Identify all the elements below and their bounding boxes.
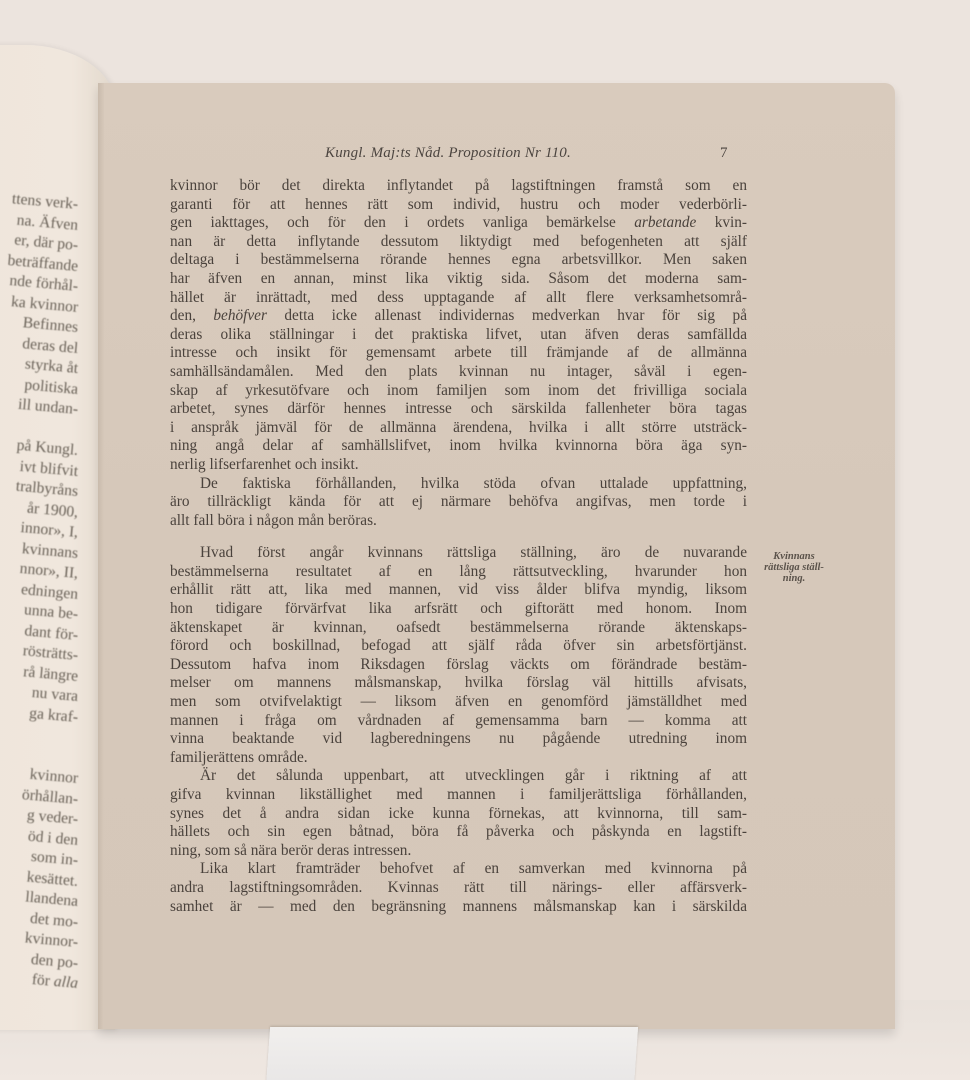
text-line: melser om mannens målsmanskap, hvilka fö…: [170, 674, 747, 693]
text-line: vinna beaktande vid lagberedningens nu p…: [170, 730, 747, 749]
text-line: hället är inrättadt, med dess upptagande…: [170, 289, 747, 308]
page-edge: [98, 83, 104, 1029]
text-line: gen iakttages, och för den i ordets vanl…: [170, 214, 747, 233]
page-number: 7: [720, 145, 728, 162]
paragraph: De faktiska förhållanden, hvilka stöda o…: [170, 475, 747, 531]
text-line: hällets och sin egen båtnad, böra få påv…: [170, 823, 747, 842]
text-line: förord och boskillnad, befogad att själf…: [170, 637, 747, 656]
text-line: familjerättens område.: [170, 749, 747, 768]
margin-note: Kvinnans rättsliga ställ- ning.: [754, 551, 834, 584]
text-line: mannen i fråga om vårdnaden af gemensamm…: [170, 712, 747, 731]
text-line: bestämmelserna resultatet af en lång rät…: [170, 563, 747, 582]
margin-note-line: rättsliga ställ-: [754, 562, 834, 573]
text-line: men som otvifvelaktigt — liksom äfven en…: [170, 693, 747, 712]
text-line: gifva kvinnan likställighet med mannen i…: [170, 786, 747, 805]
text-line: intresse och insikt för gemensamt arbete…: [170, 344, 747, 363]
text-line: nan är detta inflytande dessutom liktydi…: [170, 233, 747, 252]
text-line: Lika klart framträder behofvet af en sam…: [170, 860, 747, 879]
text-line: nerlig lifserfarenhet och insikt.: [170, 456, 747, 475]
text-line: arbetet, synes därför hennes intresse oc…: [170, 400, 747, 419]
text-line: äktenskapet är kvinnan, oafsedt bestämme…: [170, 619, 747, 638]
body-text: kvinnor bör det direkta inflytandet på l…: [170, 177, 747, 916]
text-line: erhållit rätt att, lika med mannen, vid …: [170, 581, 747, 600]
text-line: ning, som så nära berör deras intressen.: [170, 842, 747, 861]
running-head-title: Kungl. Maj:ts Nåd. Proposition Nr 110.: [325, 145, 571, 162]
paragraph: Hvad först angår kvinnans rättsliga stäl…: [170, 544, 747, 767]
text-line: skap af yrkesutöfvare och inom familjen …: [170, 382, 747, 401]
text-line: garanti för att hennes rätt som individ,…: [170, 196, 747, 215]
paragraph-gap: [170, 530, 747, 544]
paragraph: Är det sålunda uppenbart, att utveckling…: [170, 767, 747, 860]
paragraph: Lika klart framträder behofvet af en sam…: [170, 860, 747, 916]
margin-note-line: ning.: [754, 573, 834, 584]
text-line: har äfven en annan, minst lika viktig si…: [170, 270, 747, 289]
text-line: den, behöfver detta icke allenast indivi…: [170, 307, 747, 326]
text-line: allt fall böra i någon mån beröras.: [170, 512, 747, 531]
text-line: De faktiska förhållanden, hvilka stöda o…: [170, 475, 747, 494]
text-line: i anspråk jämväl för de allmänna ärenden…: [170, 419, 747, 438]
text-line: Hvad först angår kvinnans rättsliga stäl…: [170, 544, 747, 563]
text-line: synes det å andra sidan icke kunna förne…: [170, 805, 747, 824]
text-line: äro tillräckligt kända för att ej närmar…: [170, 493, 747, 512]
text-line: Dessutom hafva inom Riksdagen förslag vä…: [170, 656, 747, 675]
paragraph: kvinnor bör det direkta inflytandet på l…: [170, 177, 747, 475]
margin-note-line: Kvinnans: [754, 551, 834, 562]
left-page-text: ttens verk-na. Äfvener, där po-beträffan…: [0, 195, 78, 995]
text-line: hon tidigare förvärfvat lika arfsrätt oc…: [170, 600, 747, 619]
text-line: deras olika ställningar i det praktiska …: [170, 326, 747, 345]
text-line: Är det sålunda uppenbart, att utveckling…: [170, 767, 747, 786]
paper-slip: [266, 1027, 638, 1080]
text-line: kvinnor bör det direkta inflytandet på l…: [170, 177, 747, 196]
text-line: samhet är — med den begränsning mannens …: [170, 898, 747, 917]
running-head: Kungl. Maj:ts Nåd. Proposition Nr 110. 7: [160, 145, 760, 167]
text-line: samhällsändamålen. Med den plats kvinnan…: [170, 363, 747, 382]
text-line: andra lagstiftningsområden. Kvinnas rätt…: [170, 879, 747, 898]
text-line: deltaga i bestämmelserna rörande hennes …: [170, 251, 747, 270]
text-line: ning angå delar af samhällslifvet, inom …: [170, 437, 747, 456]
